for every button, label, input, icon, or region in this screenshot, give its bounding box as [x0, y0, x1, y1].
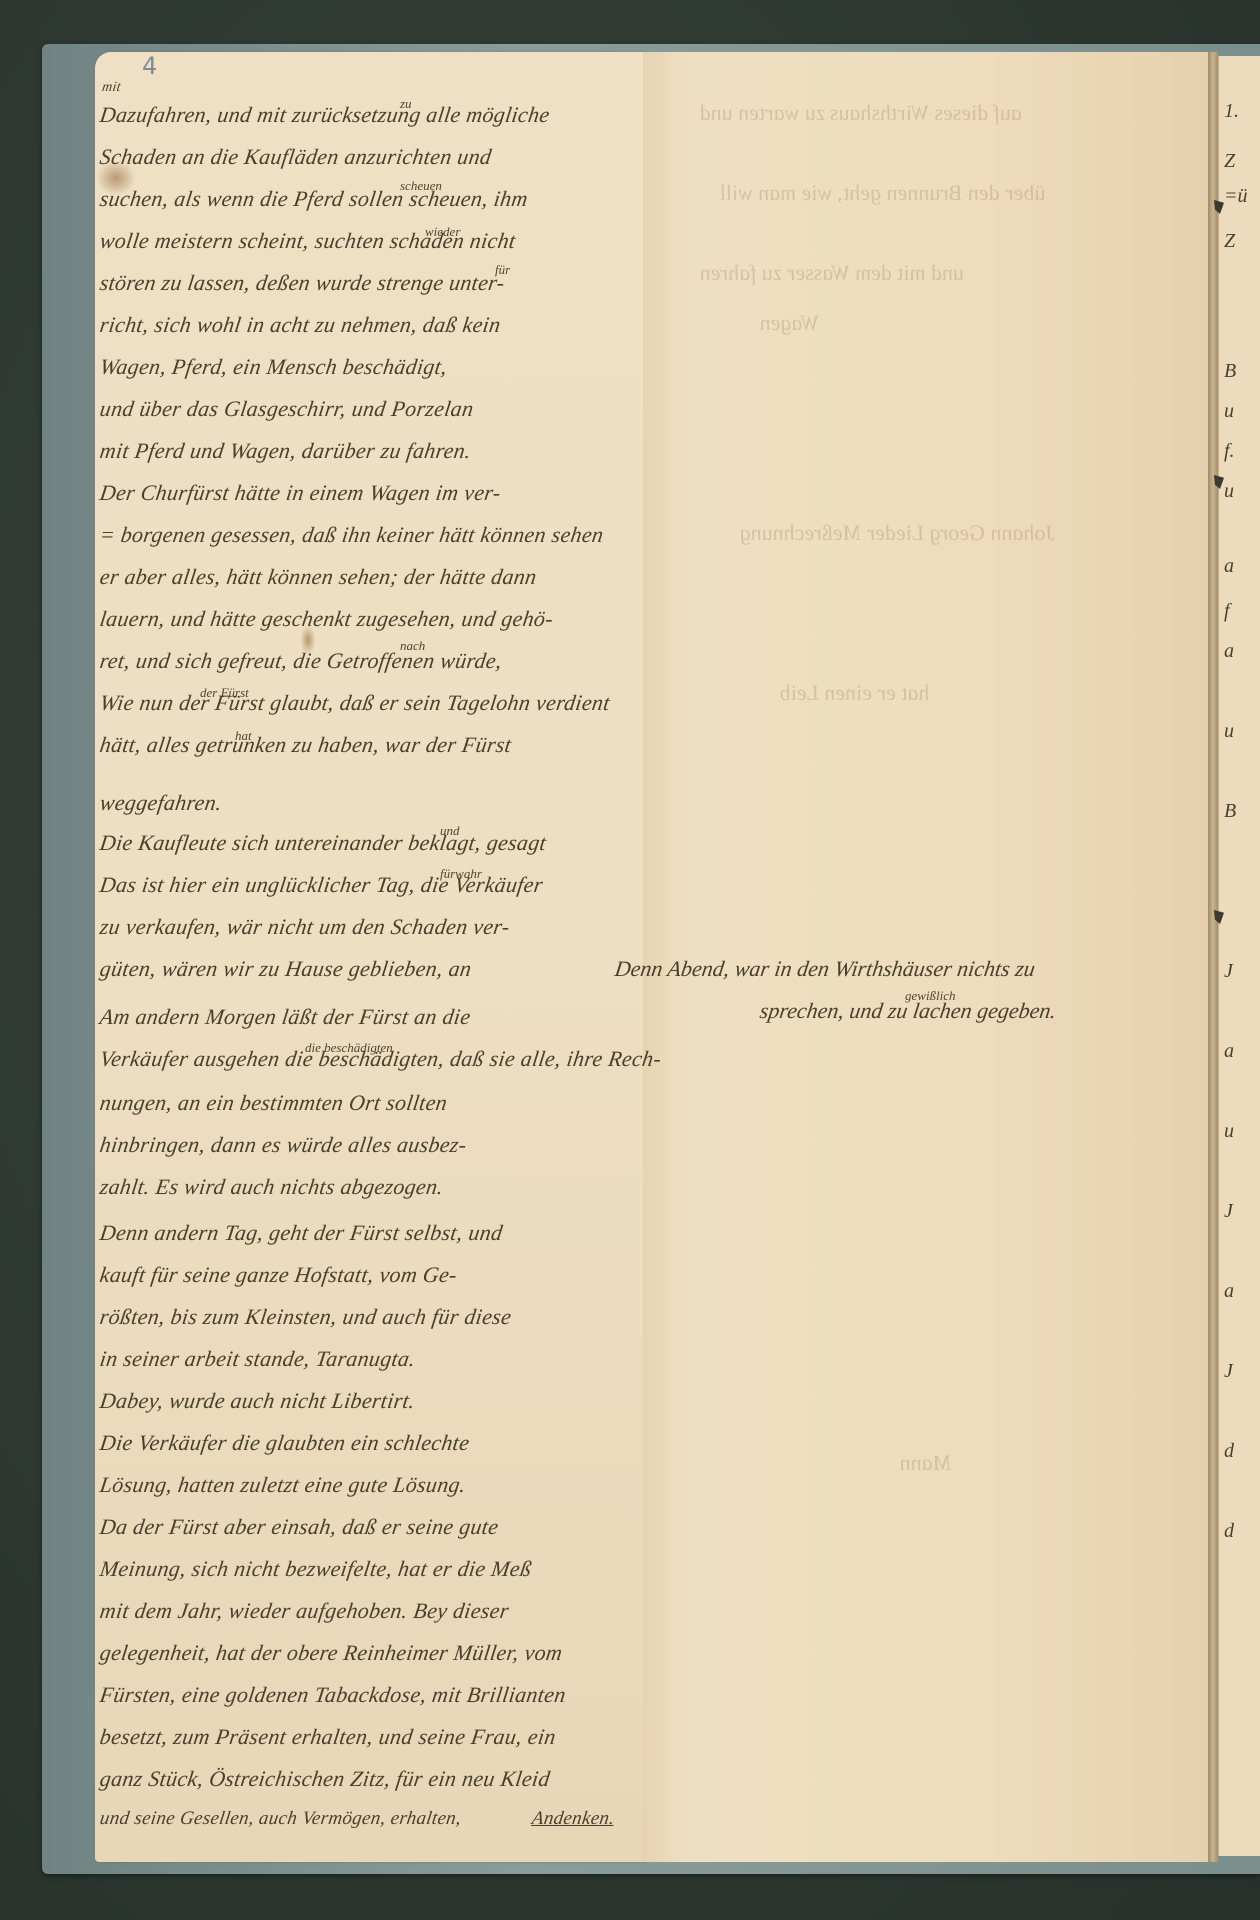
- interlinear-insertion: wieder: [425, 224, 460, 240]
- handwritten-line: nungen, an ein bestimmten Ort sollten: [98, 1090, 449, 1116]
- handwritten-line: lauern, und hätte geschenkt zugesehen, u…: [98, 606, 555, 632]
- bleed-line: über den Brunnen geht, wie man will: [718, 180, 1047, 206]
- bleed-line: hat er einen Leib: [778, 680, 931, 706]
- handwritten-line: und über das Glasgeschirr, und Porzelan: [98, 396, 475, 422]
- handwritten-line: und seine Gesellen, auch Vermögen, erhal…: [98, 1808, 462, 1830]
- handwritten-line: zu verkaufen, wär nicht um den Schaden v…: [98, 914, 511, 940]
- next-page-fragment-line: a: [1224, 640, 1234, 663]
- next-page-fragment-line: J: [1224, 960, 1233, 983]
- interlinear-insertion: fürwahr: [440, 866, 482, 882]
- handwritten-line: gelegenheit, hat der obere Reinheimer Mü…: [98, 1640, 564, 1666]
- interlinear-insertion: und: [440, 823, 460, 839]
- next-page-fragment-line: f: [1224, 600, 1230, 623]
- handwritten-line: Wie nun der Fürst glaubt, daß er sein Ta…: [98, 690, 611, 716]
- next-page-fragment-line: =ü: [1224, 185, 1248, 208]
- handwritten-line: Die Verkäufer die glaubten ein schlechte: [98, 1430, 471, 1456]
- handwritten-line: hätt, alles getrunken zu haben, war der …: [98, 732, 513, 758]
- handwritten-line: rößten, bis zum Kleinsten, und auch für …: [98, 1304, 513, 1330]
- handwritten-line: Am andern Morgen läßt der Fürst an die: [98, 1004, 472, 1030]
- interlinear-insertion: der Fürst: [200, 685, 249, 701]
- handwritten-line: suchen, als wenn die Pferd sollen scheue…: [98, 186, 530, 212]
- handwritten-line: Dabey, wurde auch nicht Libertirt.: [98, 1388, 417, 1414]
- interlinear-insertion: scheuen: [400, 178, 442, 194]
- interlinear-insertion: für: [495, 262, 510, 278]
- next-page-edge: [1218, 56, 1260, 1856]
- book-gutter: [1208, 52, 1218, 1862]
- page-number: 4: [142, 52, 157, 80]
- bleed-line: auf dieses Wirthshaus zu warten und: [698, 100, 1024, 126]
- handwritten-line: Meinung, sich nicht bezweifelte, hat er …: [98, 1556, 533, 1582]
- handwritten-line: kauft für seine ganze Hofstatt, vom Ge-: [98, 1262, 459, 1288]
- next-page-fragment-line: a: [1224, 1280, 1234, 1303]
- handwritten-line: richt, sich wohl in acht zu nehmen, daß …: [98, 312, 502, 338]
- next-page-fragment-line: u: [1224, 480, 1234, 503]
- interlinear-insertion: zu: [400, 96, 412, 112]
- handwritten-line: Schaden an die Kaufläden anzurichten und: [98, 144, 493, 170]
- handwritten-line: mit dem Jahr, wieder aufgehoben. Bey die…: [98, 1598, 510, 1624]
- handwritten-line: Der Churfürst hätte in einem Wagen im ve…: [98, 480, 502, 506]
- next-page-fragment-line: d: [1224, 1520, 1234, 1543]
- handwritten-line: Fürsten, eine goldenen Tabackdose, mit B…: [98, 1682, 567, 1708]
- next-page-fragment-line: u: [1224, 1120, 1234, 1143]
- handwritten-line: mit: [101, 80, 122, 96]
- next-page-fragment-line: 1.: [1224, 100, 1239, 123]
- handwritten-line: stören zu lassen, deßen wurde strenge un…: [98, 270, 506, 296]
- interlinear-insertion: hat: [235, 728, 252, 744]
- handwritten-line: mit Pferd und Wagen, darüber zu fahren.: [98, 438, 473, 464]
- handwritten-line: zahlt. Es wird auch nichts abgezogen.: [98, 1174, 445, 1200]
- next-page-fragment-line: J: [1224, 1200, 1233, 1223]
- handwritten-line: Da der Fürst aber einsah, daß er seine g…: [98, 1514, 500, 1540]
- next-page-fragment-line: a: [1224, 555, 1234, 578]
- next-page-fragment-line: f.: [1224, 440, 1235, 463]
- next-page-fragment-line: B: [1224, 360, 1236, 383]
- next-page-fragment-line: Z: [1224, 150, 1235, 173]
- margin-insertion: gewißlich: [905, 988, 956, 1004]
- handwritten-line: ganz Stück, Östreichischen Zitz, für ein…: [98, 1766, 552, 1792]
- next-page-fragment-line: B: [1224, 800, 1236, 823]
- handwritten-line: Dazufahren, und mit zurücksetzung alle m…: [98, 102, 551, 128]
- next-page-fragment-line: u: [1224, 720, 1234, 743]
- margin-note-line: Denn Abend, war in den Wirthshäuser nich…: [613, 956, 1037, 982]
- handwritten-line: = borgenen gesessen, daß ihn keiner hätt…: [98, 522, 605, 548]
- handwritten-line: hinbringen, dann es würde alles ausbez-: [98, 1132, 468, 1158]
- handwritten-line: in seiner arbeit stande, Taranugta.: [98, 1346, 417, 1372]
- handwritten-line: er aber alles, hätt können sehen; der hä…: [98, 564, 538, 590]
- next-page-fragment-line: J: [1224, 1360, 1233, 1383]
- interlinear-insertion: nach: [400, 638, 425, 654]
- handwritten-line: besetzt, zum Präsent erhalten, und seine…: [98, 1724, 557, 1750]
- handwritten-line: Andenken.: [530, 1808, 615, 1830]
- bleed-line: Wagen: [758, 310, 821, 336]
- handwritten-line: ret, und sich gefreut, die Getroffenen w…: [98, 648, 504, 674]
- handwritten-line: Lösung, hatten zuletzt eine gute Lösung.: [98, 1472, 467, 1498]
- next-page-fragment-line: a: [1224, 1040, 1234, 1063]
- bleed-line: Mann: [898, 1450, 953, 1476]
- next-page-fragment-line: d: [1224, 1440, 1234, 1463]
- bleed-line: Johann Georg Lieder Meßrechnung: [738, 520, 1057, 546]
- next-page-fragment-line: Z: [1224, 230, 1235, 253]
- interlinear-insertion: die beschädigten: [305, 1040, 393, 1056]
- handwritten-line: Denn andern Tag, geht der Fürst selbst, …: [98, 1220, 504, 1246]
- handwritten-line: weggefahren.: [98, 790, 224, 816]
- handwritten-line: Die Kaufleute sich untereinander beklagt…: [98, 830, 548, 856]
- handwritten-line: güten, wären wir zu Hause geblieben, an: [98, 956, 473, 982]
- bleed-line: und mit dem Wasser zu fahren: [698, 260, 966, 286]
- handwritten-line: Wagen, Pferd, ein Mensch beschädigt,: [98, 354, 449, 380]
- next-page-fragment-line: u: [1224, 400, 1234, 423]
